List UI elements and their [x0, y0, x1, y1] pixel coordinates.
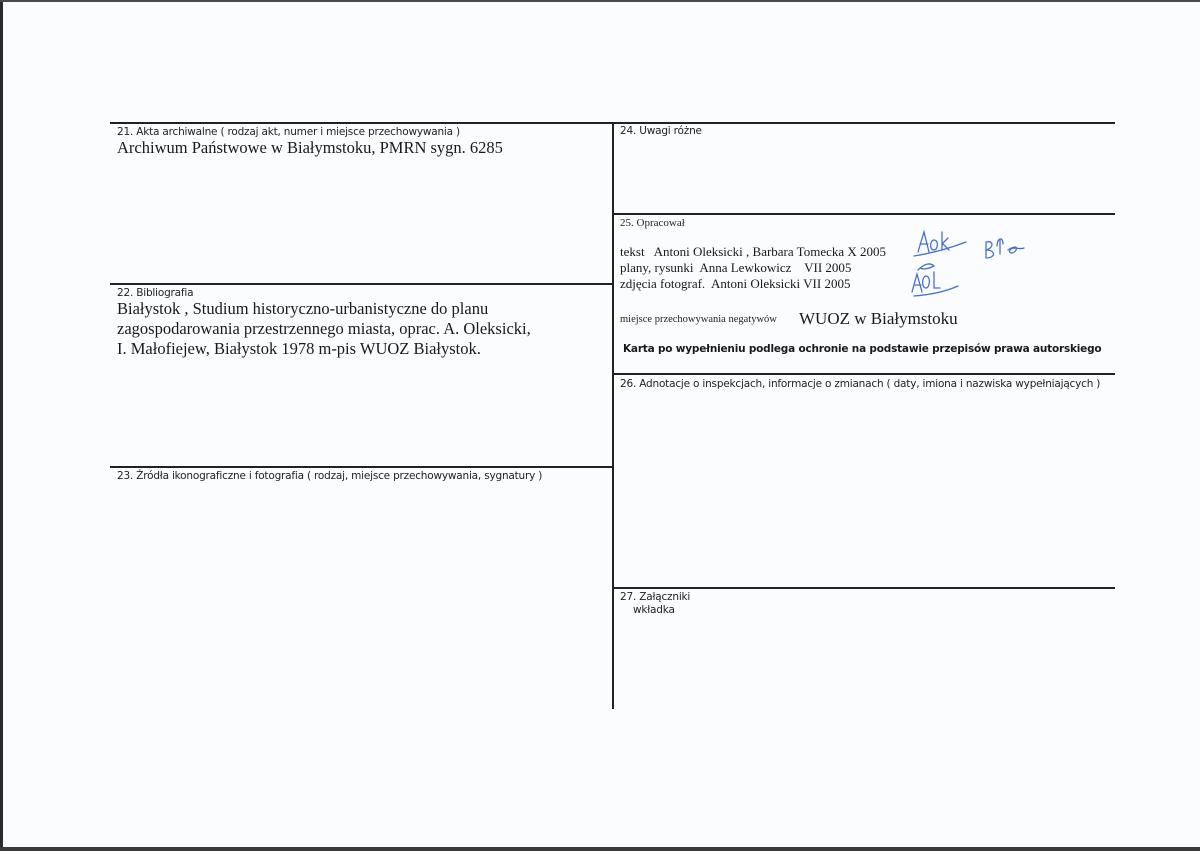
- section-22-line-2: zagospodarowania przestrzennego miasta, …: [117, 319, 531, 339]
- divider-21-22: [110, 283, 613, 285]
- section-22-line-1: Białystok , Studium historyczno-urbanist…: [117, 299, 488, 319]
- negatives-label: miejsce przechowywania negatywów: [620, 314, 777, 325]
- divider-26-27: [613, 587, 1115, 589]
- section-23-label: 23. Źródła ikonograficzne i fotografia (…: [117, 470, 542, 482]
- section-21-label: 21. Akta archiwalne ( rodzaj akt, numer …: [117, 126, 460, 138]
- section-25-label: 25. Opracował: [620, 217, 685, 229]
- scan-edge-top: [0, 0, 1200, 2]
- section-24-label: 24. Uwagi różne: [620, 125, 702, 137]
- section-25-line-photos: zdjęcia fotograf. Antoni Oleksicki VII 2…: [620, 276, 850, 292]
- section-21-value: Archiwum Państwowe w Białymstoku, PMRN s…: [117, 138, 503, 158]
- scan-edge-bottom: [0, 847, 1200, 851]
- section-22-label: 22. Bibliografia: [117, 287, 193, 299]
- section-27-label: 27. Załączniki: [620, 591, 690, 603]
- section-25-line-plans: plany, rysunki Anna Lewkowicz VII 2005: [620, 260, 851, 276]
- section-26-label: 26. Adnotacje o inspekcjach, informacje …: [620, 378, 1100, 390]
- signature-initials-icon: [900, 222, 1050, 302]
- section-25-line-text: tekst Antoni Oleksicki , Barbara Tomecka…: [620, 244, 886, 260]
- divider-24-25: [613, 213, 1115, 215]
- scan-edge-left: [0, 0, 3, 851]
- column-divider: [612, 122, 614, 709]
- section-27-value: wkładka: [633, 604, 675, 616]
- divider-22-23: [110, 466, 613, 468]
- copyright-note: Karta po wypełnieniu podlega ochronie na…: [623, 343, 1101, 355]
- divider-25-26: [613, 373, 1115, 375]
- negatives-value: WUOZ w Białymstoku: [799, 309, 958, 329]
- section-22-line-3: I. Małofiejew, Białystok 1978 m-pis WUOZ…: [117, 339, 481, 359]
